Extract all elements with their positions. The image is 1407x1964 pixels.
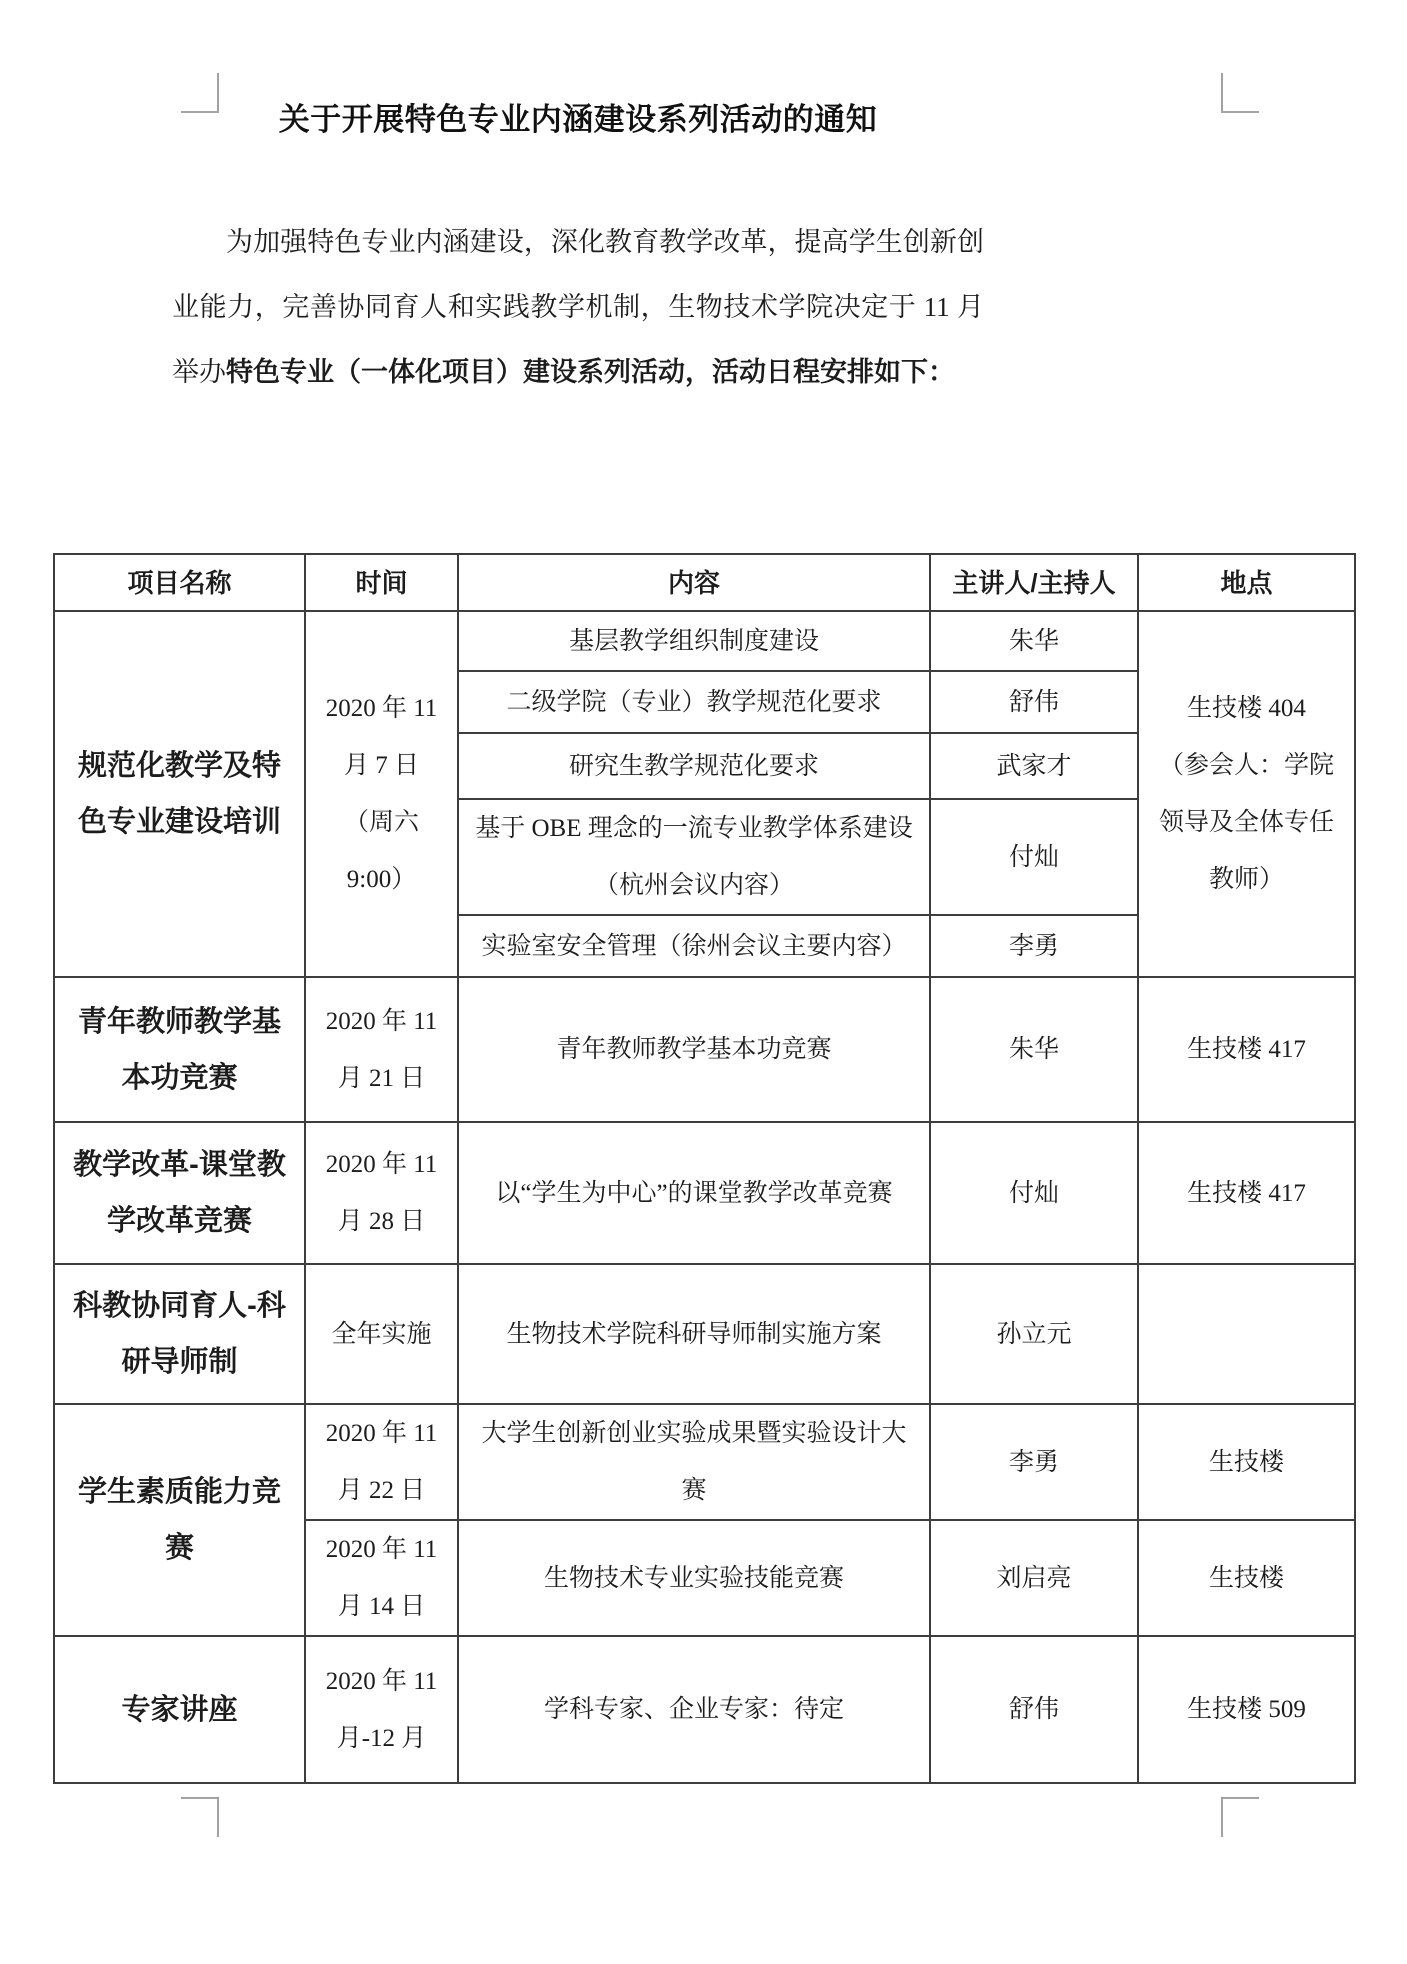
cell-project-name: 规范化教学及特 色专业建设培训 [54, 611, 305, 977]
cell-content: 大学生创新创业实验成果暨实验设计大 赛 [458, 1404, 930, 1520]
cell-project-name: 科教协同育人-科 研导师制 [54, 1264, 305, 1404]
cell-location: 生技楼 [1138, 1520, 1355, 1636]
cell-time: 2020 年 11 月 28 日 [305, 1122, 458, 1264]
header-speaker: 主讲人/主持人 [930, 554, 1138, 611]
cell-location [1138, 1264, 1355, 1404]
cell-project-name: 学生素质能力竞 赛 [54, 1404, 305, 1636]
crop-mark-bottom-left [181, 1797, 219, 1837]
cell-content: 青年教师教学基本功竞赛 [458, 977, 930, 1122]
table-row: 科教协同育人-科 研导师制 全年实施 生物技术学院科研导师制实施方案 孙立元 [54, 1264, 1355, 1404]
cell-time: 2020 年 11 月 14 日 [305, 1520, 458, 1636]
cell-speaker: 舒伟 [930, 671, 1138, 733]
cell-content: 以“学生为中心”的课堂教学改革竞赛 [458, 1122, 930, 1264]
cell-speaker: 舒伟 [930, 1636, 1138, 1783]
intro-text-bold: 特色专业（一体化项目）建设系列活动，活动日程安排如下： [226, 357, 955, 387]
cell-speaker: 付灿 [930, 799, 1138, 915]
cell-location: 生技楼 417 [1138, 977, 1355, 1122]
cell-content: 二级学院（专业）教学规范化要求 [458, 671, 930, 733]
cell-content: 基于 OBE 理念的一流专业教学体系建设 （杭州会议内容） [458, 799, 930, 915]
cell-project-name: 青年教师教学基 本功竞赛 [54, 977, 305, 1122]
cell-project-name: 专家讲座 [54, 1636, 305, 1783]
cell-speaker: 刘启亮 [930, 1520, 1138, 1636]
cell-time: 2020 年 11 月 21 日 [305, 977, 458, 1122]
table-row: 教学改革-课堂教 学改革竞赛 2020 年 11 月 28 日 以“学生为中心”… [54, 1122, 1355, 1264]
cell-speaker: 孙立元 [930, 1264, 1138, 1404]
cell-speaker: 朱华 [930, 977, 1138, 1122]
cell-speaker: 付灿 [930, 1122, 1138, 1264]
table-row: 规范化教学及特 色专业建设培训 2020 年 11 月 7 日 （周六 9:00… [54, 611, 1355, 671]
header-project-name: 项目名称 [54, 554, 305, 611]
document-page: 关于开展特色专业内涵建设系列活动的通知 为加强特色专业内涵建设，深化教育教学改革… [172, 0, 984, 1784]
table-row: 青年教师教学基 本功竞赛 2020 年 11 月 21 日 青年教师教学基本功竞… [54, 977, 1355, 1122]
cell-speaker: 李勇 [930, 1404, 1138, 1520]
crop-mark-top-left [181, 73, 219, 113]
cell-location: 生技楼 509 [1138, 1636, 1355, 1783]
page-title: 关于开展特色专业内涵建设系列活动的通知 [172, 0, 984, 142]
cell-speaker: 李勇 [930, 915, 1138, 977]
header-time: 时间 [305, 554, 458, 611]
table-row: 学生素质能力竞 赛 2020 年 11 月 22 日 大学生创新创业实验成果暨实… [54, 1404, 1355, 1520]
header-location: 地点 [1138, 554, 1355, 611]
intro-paragraph: 为加强特色专业内涵建设，深化教育教学改革，提高学生创新创业能力，完善协同育人和实… [172, 210, 984, 405]
crop-mark-top-right [1221, 73, 1259, 113]
cell-speaker: 武家才 [930, 733, 1138, 799]
cell-content: 生物技术学院科研导师制实施方案 [458, 1264, 930, 1404]
cell-content: 研究生教学规范化要求 [458, 733, 930, 799]
cell-location: 生技楼 404 （参会人：学院 领导及全体专任 教师） [1138, 611, 1355, 977]
header-content: 内容 [458, 554, 930, 611]
table-header-row: 项目名称 时间 内容 主讲人/主持人 地点 [54, 554, 1355, 611]
cell-location: 生技楼 [1138, 1404, 1355, 1520]
cell-time: 全年实施 [305, 1264, 458, 1404]
activity-schedule-table: 项目名称 时间 内容 主讲人/主持人 地点 规范化教学及特 色专业建设培训 20… [53, 553, 1356, 1784]
table-row: 专家讲座 2020 年 11 月-12 月 学科专家、企业专家：待定 舒伟 生技… [54, 1636, 1355, 1783]
cell-project-name: 教学改革-课堂教 学改革竞赛 [54, 1122, 305, 1264]
cell-content: 学科专家、企业专家：待定 [458, 1636, 930, 1783]
cell-location: 生技楼 417 [1138, 1122, 1355, 1264]
crop-mark-bottom-right [1221, 1797, 1259, 1837]
cell-content: 实验室安全管理（徐州会议主要内容） [458, 915, 930, 977]
cell-content: 生物技术专业实验技能竞赛 [458, 1520, 930, 1636]
cell-time: 2020 年 11 月 22 日 [305, 1404, 458, 1520]
cell-content: 基层教学组织制度建设 [458, 611, 930, 671]
cell-time: 2020 年 11 月-12 月 [305, 1636, 458, 1783]
cell-time: 2020 年 11 月 7 日 （周六 9:00） [305, 611, 458, 977]
cell-speaker: 朱华 [930, 611, 1138, 671]
